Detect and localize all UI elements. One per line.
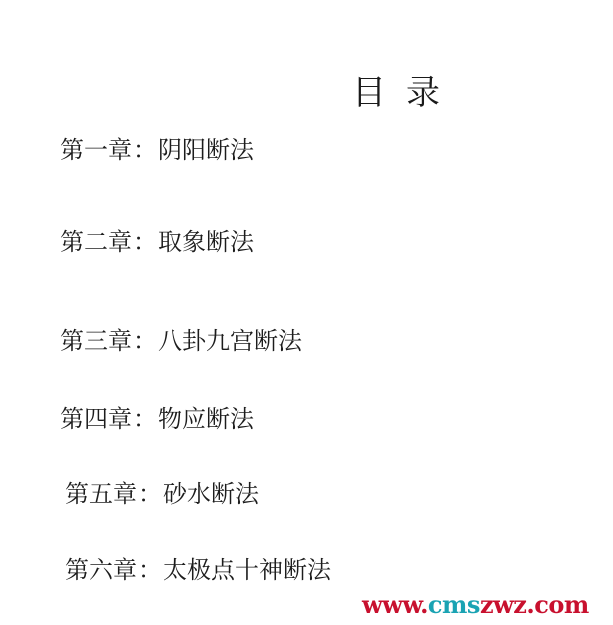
watermark-prefix: www.: [362, 590, 428, 619]
chapter-name: 物应断法: [158, 405, 254, 433]
toc-item-chapter-4: 第四章：物应断法: [60, 404, 254, 434]
chapter-number: 第五章: [65, 480, 137, 508]
chapter-separator: ：: [137, 479, 163, 509]
chapter-name: 阴阳断法: [158, 136, 254, 164]
chapter-separator: ：: [132, 326, 158, 356]
chapter-name: 八卦九宫断法: [158, 327, 302, 355]
chapter-number: 第四章: [60, 405, 132, 433]
chapter-number: 第三章: [60, 327, 132, 355]
chapter-name: 砂水断法: [163, 480, 259, 508]
page-title: 目录: [352, 72, 460, 114]
toc-item-chapter-5: 第五章：砂水断法: [65, 479, 259, 509]
chapter-separator: ：: [137, 555, 163, 585]
toc-item-chapter-3: 第三章：八卦九宫断法: [60, 326, 302, 356]
chapter-separator: ：: [132, 135, 158, 165]
chapter-separator: ：: [132, 404, 158, 434]
chapter-number: 第一章: [60, 136, 132, 164]
site-watermark: www.cmszwz.com: [362, 590, 589, 620]
chapter-name: 取象断法: [158, 228, 254, 256]
chapter-number: 第二章: [60, 228, 132, 256]
watermark-accent: cms: [428, 590, 480, 619]
chapter-name: 太极点十神断法: [163, 556, 331, 584]
toc-item-chapter-1: 第一章：阴阳断法: [60, 135, 254, 165]
watermark-suffix: zwz.com: [480, 590, 589, 619]
toc-item-chapter-2: 第二章：取象断法: [60, 227, 254, 257]
chapter-separator: ：: [132, 227, 158, 257]
toc-item-chapter-6: 第六章：太极点十神断法: [65, 555, 331, 585]
chapter-number: 第六章: [65, 556, 137, 584]
